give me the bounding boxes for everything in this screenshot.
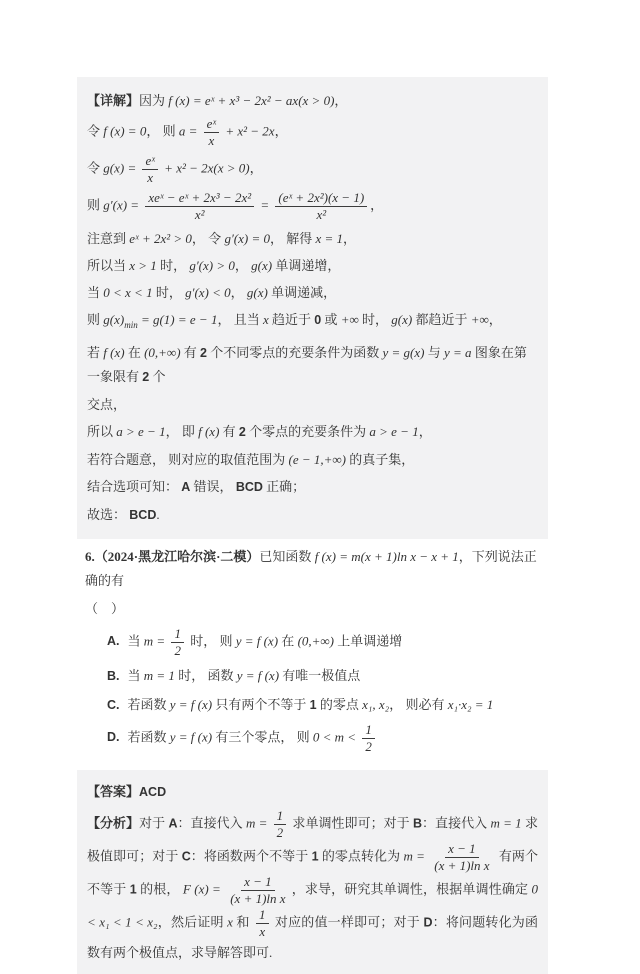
text: 个: [149, 369, 165, 384]
text: ，: [370, 197, 383, 212]
question-section: 6.（2024·黑龙江哈尔滨·二模）已知函数 f (x) = m(x + 1)l…: [77, 539, 548, 762]
text: 若函数: [128, 697, 170, 712]
math-text: x > 1: [129, 258, 157, 273]
math-text: =: [257, 197, 272, 212]
solution-line: 当 0 < x < 1 时， g′(x) < 0， g(x) 单调递减，: [87, 281, 538, 304]
math-text: m = 1: [144, 668, 175, 683]
fraction: (eˣ + 2x²)(x − 1)x²: [275, 190, 367, 223]
math-text: +∞: [471, 312, 489, 327]
text: 因为: [139, 93, 168, 108]
text: 则: [87, 312, 103, 327]
text: 单调递减，: [268, 285, 336, 300]
option-label: B.: [107, 669, 120, 683]
math-text: y = f (x): [237, 668, 279, 683]
text: 时，: [359, 312, 392, 327]
fraction: x − 1(x + 1)ln x: [431, 841, 492, 874]
solution-block: 【详解】因为 f (x) = eˣ + x³ − 2x² − ax(x > 0)…: [77, 77, 548, 539]
math-text: 2: [365, 739, 372, 754]
math-text: a > e − 1: [369, 424, 418, 439]
math-text: g′(x) =: [103, 197, 142, 212]
math-text: x − 1: [244, 874, 272, 889]
text: ，: [419, 424, 432, 439]
text: 在: [125, 345, 145, 360]
emphasis-text: BCD: [236, 480, 263, 494]
fraction: x − 1(x + 1)ln x: [227, 874, 288, 905]
math-text: g(x) =: [103, 160, 139, 175]
math-text: g′(x) < 0: [185, 285, 231, 300]
subscript-text: min: [124, 320, 138, 330]
solution-line: 若符合题意， 则对应的取值范围为 (e − 1,+∞) 的真子集，: [87, 448, 538, 471]
text: 所以: [87, 424, 116, 439]
answer-line: 【答案】ACD: [87, 780, 538, 804]
label-text: 【答案】: [87, 784, 139, 799]
text: ：直接代入: [422, 815, 490, 830]
math-text: y = f (x): [170, 729, 212, 744]
text: 若符合题意， 则对应的取值范围为: [87, 452, 289, 467]
text: 注意到: [87, 231, 129, 246]
math-text: (0,+∞): [144, 345, 180, 360]
emphasis-text: 1: [312, 849, 319, 863]
math-text: x = 1: [316, 231, 344, 246]
text: 错误，: [190, 479, 236, 494]
math-text: f (x) = eˣ + x³ − 2x² − ax(x > 0): [168, 93, 334, 108]
fraction: 12: [362, 722, 375, 755]
text: 当: [128, 668, 144, 683]
text: ：将函数两个不等于: [191, 848, 312, 863]
text: 时，: [157, 258, 190, 273]
fraction-denominator: x: [205, 133, 217, 149]
math-text: x₁·x₂ = 1: [448, 697, 494, 712]
text: 求单调性即可；对于: [289, 815, 413, 830]
math-text: 2: [277, 825, 284, 840]
fraction-denominator: 2: [362, 739, 375, 755]
text: 有三个零点， 则: [212, 729, 313, 744]
text: ， 则必有: [389, 697, 448, 712]
emphasis-text: A: [181, 480, 190, 494]
math-text: g′(x) > 0: [189, 258, 235, 273]
math-text: g(x): [103, 312, 124, 327]
fraction-denominator: x²: [192, 207, 208, 223]
solution-line: 若 f (x) 在 (0,+∞) 有 2 个不同零点的充要条件为函数 y = g…: [87, 341, 538, 389]
text: 有: [219, 424, 239, 439]
math-text: (eˣ + 2x²)(x − 1): [278, 190, 364, 205]
solution-line: 结合选项可知： A 错误， BCD 正确；: [87, 475, 538, 499]
math-text: y = f (x): [236, 633, 278, 648]
text: ：直接代入: [177, 815, 245, 830]
text: （ ）: [85, 601, 124, 616]
question-answer-blank: （ ）: [85, 597, 540, 621]
text: ， 解得: [270, 231, 316, 246]
math-text: g(x): [247, 285, 268, 300]
option-label: D.: [107, 730, 120, 744]
math-text: y = g(x): [383, 345, 425, 360]
fraction-numerator: eˣ: [204, 116, 219, 133]
fraction-numerator: 1: [274, 808, 287, 825]
text: 的零点: [317, 697, 363, 712]
math-text: x₁, x₂: [362, 697, 389, 712]
fraction-denominator: 2: [274, 825, 287, 841]
math-text: eˣ: [207, 116, 216, 131]
math-text: +∞: [341, 312, 359, 327]
text: 只有两个不等于: [212, 697, 310, 712]
fraction-denominator: x²: [313, 207, 329, 223]
text: ， 且当: [217, 312, 263, 327]
fraction: eˣx: [204, 116, 219, 149]
text: 的真子集，: [346, 452, 414, 467]
math-text: x²: [316, 207, 326, 222]
option-label: C.: [107, 698, 120, 712]
fraction-numerator: x − 1: [445, 841, 479, 858]
text: ，: [275, 123, 288, 138]
fraction: 12: [274, 808, 287, 841]
text: 若: [87, 345, 103, 360]
emphasis-text: C: [182, 849, 191, 863]
text: 若函数: [128, 729, 170, 744]
emphasis-text: 2: [200, 346, 207, 360]
text: ，: [489, 312, 502, 327]
math-text: x²: [195, 207, 205, 222]
fraction-denominator: x: [144, 170, 156, 186]
emphasis-text: 1: [130, 882, 137, 896]
fraction: xeˣ − eˣ + 2x³ − 2x²x²: [145, 190, 254, 223]
math-text: 0 < m <: [313, 729, 359, 744]
text: .: [156, 507, 159, 522]
math-text: x: [147, 170, 153, 185]
math-text: f (x): [103, 345, 124, 360]
math-text: f (x) = 0: [103, 123, 146, 138]
math-text: a =: [179, 123, 201, 138]
page-content: 【详解】因为 f (x) = eˣ + x³ − 2x² − ax(x > 0)…: [77, 77, 548, 905]
text: 当: [87, 285, 103, 300]
fraction: eˣx: [142, 153, 157, 186]
fraction-numerator: x − 1: [241, 874, 275, 891]
math-text: (x + 1)ln x: [230, 891, 285, 905]
fraction: 12: [171, 626, 184, 659]
fraction-numerator: (eˣ + 2x²)(x − 1): [275, 190, 367, 207]
math-text: x − 1: [448, 841, 476, 856]
answer-block: 【答案】ACD 【分析】对于 A：直接代入 m = 12 求单调性即可；对于 B…: [77, 770, 548, 905]
label-text: 6.（2024·黑龙江哈尔滨·二模）: [85, 549, 259, 564]
text: 或: [321, 312, 341, 327]
option-list: A.当 m = 12 时， 则 y = f (x) 在 (0,+∞) 上单调递增…: [107, 626, 540, 755]
solution-line: 所以 a > e − 1， 即 f (x) 有 2 个零点的充要条件为 a > …: [87, 420, 538, 444]
text: 有唯一极值点: [279, 668, 360, 683]
text: 结合选项可知：: [87, 479, 181, 494]
option-a: A.当 m = 12 时， 则 y = f (x) 在 (0,+∞) 上单调递增: [107, 626, 540, 659]
math-text: 1: [365, 722, 372, 737]
math-text: (0,+∞): [298, 633, 334, 648]
math-text: + x² − 2x: [222, 123, 274, 138]
text: 已知函数: [259, 549, 314, 564]
text: 故选：: [87, 507, 129, 522]
text: ，: [231, 285, 247, 300]
solution-line: 注意到 eˣ + 2x² > 0， 令 g′(x) = 0， 解得 x = 1，: [87, 227, 538, 250]
text: ，: [343, 231, 356, 246]
text: 时， 函数: [175, 668, 237, 683]
math-text: f (x) = m(x + 1)ln x − x + 1: [315, 549, 459, 564]
text: 个不同零点的充要条件为函数: [207, 345, 383, 360]
math-text: 0 < x < 1: [103, 285, 152, 300]
analysis-paragraph: 【分析】对于 A：直接代入 m = 12 求单调性即可；对于 B：直接代入 m …: [87, 808, 538, 905]
solution-line: 则 g′(x) = xeˣ − eˣ + 2x³ − 2x²x² = (eˣ +…: [87, 190, 538, 223]
text: 令: [87, 123, 103, 138]
option-c: C.若函数 y = f (x) 只有两个不等于 1 的零点 x₁, x₂， 则必…: [107, 693, 540, 717]
text: 的根，: [137, 881, 183, 896]
math-text: m =: [246, 815, 271, 830]
text: ， 令: [192, 231, 225, 246]
fraction-numerator: xeˣ − eˣ + 2x³ − 2x²: [145, 190, 254, 207]
math-text: g′(x) = 0: [224, 231, 270, 246]
math-text: (e − 1,+∞): [289, 452, 347, 467]
fraction-numerator: 1: [362, 722, 375, 739]
solution-line: 则 g(x)min = g(1) = e − 1， 且当 x 趋近于 0 或 +…: [87, 308, 538, 337]
math-text: (x + 1)ln x: [434, 858, 489, 873]
question-stem: 6.（2024·黑龙江哈尔滨·二模）已知函数 f (x) = m(x + 1)l…: [85, 545, 540, 593]
math-text: 2: [174, 643, 181, 658]
math-text: a > e − 1: [116, 424, 165, 439]
text: ，: [235, 258, 251, 273]
fraction-numerator: 1: [171, 626, 184, 643]
math-text: x: [208, 133, 214, 148]
text: 个零点的充要条件为: [246, 424, 370, 439]
math-text: = g(1) = e − 1: [138, 312, 218, 327]
fraction-denominator: (x + 1)ln x: [431, 858, 492, 874]
emphasis-text: BCD: [129, 508, 156, 522]
math-text: xeˣ − eˣ + 2x³ − 2x²: [148, 190, 251, 205]
math-text: g(x): [391, 312, 412, 327]
math-text: 1: [277, 808, 284, 823]
emphasis-text: 1: [310, 698, 317, 712]
solution-line: 故选： BCD.: [87, 503, 538, 527]
math-text: 1: [174, 626, 181, 641]
fraction-denominator: 2: [171, 643, 184, 659]
math-text: eˣ: [145, 153, 154, 168]
option-d: D.若函数 y = f (x) 有三个零点， 则 0 < m < 12: [107, 722, 540, 755]
solution-line: 【详解】因为 f (x) = eˣ + x³ − 2x² − ax(x > 0)…: [87, 89, 538, 112]
text: 有: [181, 345, 201, 360]
math-text: y = f (x): [170, 697, 212, 712]
text: 时， 则: [187, 633, 236, 648]
math-text: f (x): [198, 424, 219, 439]
text: 则: [87, 197, 103, 212]
text: 上单调递增: [334, 633, 402, 648]
emphasis-text: 2: [239, 425, 246, 439]
text: 对于: [139, 815, 168, 830]
text: 时，: [153, 285, 186, 300]
text: 在: [278, 633, 298, 648]
text: ， 即: [166, 424, 199, 439]
text: 当: [128, 633, 144, 648]
label-text: 【分析】: [87, 815, 139, 830]
math-text: m =: [144, 633, 169, 648]
text: 与: [425, 345, 445, 360]
text: 所以当: [87, 258, 129, 273]
text: 令: [87, 160, 103, 175]
math-text: eˣ + 2x² > 0: [129, 231, 192, 246]
math-text: m = 1: [490, 815, 521, 830]
text: ， 则: [146, 123, 179, 138]
solution-line: 令 g(x) = eˣx + x² − 2x(x > 0)，: [87, 153, 538, 186]
label-text: 【详解】: [87, 93, 139, 108]
option-b: B.当 m = 1 时， 函数 y = f (x) 有唯一极值点: [107, 664, 540, 688]
math-text: g(x): [251, 258, 272, 273]
text: 都趋近于: [412, 312, 471, 327]
math-text: F (x) =: [183, 881, 224, 896]
solution-line: 交点，: [87, 393, 538, 416]
solution-line: 令 f (x) = 0， 则 a = eˣx + x² − 2x，: [87, 116, 538, 149]
fraction-denominator: (x + 1)ln x: [227, 891, 288, 905]
option-label: A.: [107, 634, 120, 648]
fraction-numerator: eˣ: [142, 153, 157, 170]
emphasis-text: B: [413, 816, 422, 830]
text: 单调递增，: [272, 258, 340, 273]
text: ，求导，研究其单调性，根据单调性确定: [292, 881, 532, 896]
math-text: + x² − 2x(x > 0): [161, 160, 250, 175]
text: 的零点转化为: [319, 848, 404, 863]
text: ，: [334, 93, 347, 108]
text: ，: [250, 160, 263, 175]
emphasis-text: ACD: [139, 785, 166, 799]
text: 交点，: [87, 397, 126, 412]
solution-line: 所以当 x > 1 时， g′(x) > 0， g(x) 单调递增，: [87, 254, 538, 277]
math-text: y = a: [444, 345, 472, 360]
text: 趋近于: [269, 312, 315, 327]
text: 正确；: [263, 479, 305, 494]
math-text: m =: [403, 848, 428, 863]
